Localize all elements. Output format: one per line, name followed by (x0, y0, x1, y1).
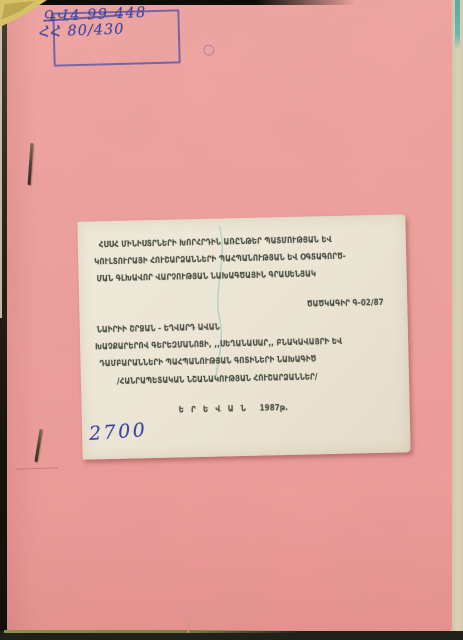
label-org-line-1: ՀՍՍՀ ՄԻՆԻՍՏՐՆԵՐԻ ԽՈՐՀՐԴԻՆ ԱՌԸՆԹԵՐ ՊԱՏՄՈՒ… (99, 234, 383, 250)
label-project-code: ԾԱԾԿԱԳԻՐ Գ-02/87 (79, 298, 383, 315)
label-org-line-2: ԿՈՒԼՏՈՒՐԱՅԻ ՀՈՒՇԱՐՁԱՆՆԵՐԻ ՊԱՀՊԱՆՈՒԹՅԱՆ Ե… (94, 250, 401, 267)
scan-edge-left-highlight (0, 18, 2, 318)
adjacent-cover-edge-teal (455, 0, 460, 50)
label-title-line-1: ԽԱՉՔԱՐԵՐՈՎ ԳԵՐԵԶՄԱՆՈՑԻ, ,,ՍԵՂԱՆԱՍԱՐ,, ԲՆ… (95, 336, 396, 353)
label-city-year-line: Ե Ր Ե Վ Ա Ն1987թ. (82, 400, 410, 417)
label-subtitle-line: /ՀԱՆՐԱՊԵՏԱԿԱՆ ՆՇԱՆԱԿՈՒԹՅԱՆ ՀՈՒՇԱՐՁԱՆՆԵՐ/ (117, 371, 362, 387)
label-city: Ե Ր Ե Վ Ա Ն (179, 404, 249, 416)
label-location-line: ՆԱԻՐԻԻ ՇՐՋԱՆ - ԵՂՎԱՐԴ ԱՎԱՆ (97, 322, 247, 335)
scan-edge-top (0, 0, 356, 5)
scan-backing-right (452, 0, 463, 640)
label-org-line-3: ՄԱՆ ԳԼԽԱՎՈՐ ՎԱՐՉՈՒԹՅԱՆ ՆԱԽԱԳԾԱՅԻՆ ԳՐԱՍԵՆ… (97, 268, 365, 284)
label-title-line-2: ԴԱՄԲԱՐԱՆՆԵՐԻ ՊԱՀՊԱՆՈՒԹՅԱՆ ԳՈՏԻՆԵՐԻ ՆԱԽԱԳ… (99, 353, 364, 369)
handwritten-catalogue-number-new: ՀՀ 80/430 (39, 22, 125, 41)
scanned-document-page: ԳՎ4 99 448 ՀՀ 80/430 ՀՍՍՀ ՄԻՆԻՍՏՐՆԵՐԻ ԽՈ… (0, 0, 463, 640)
label-year: 1987թ. (260, 403, 289, 414)
handwritten-number-2700: 2700 (88, 419, 148, 445)
cover-bottom-edge-line (4, 630, 304, 633)
